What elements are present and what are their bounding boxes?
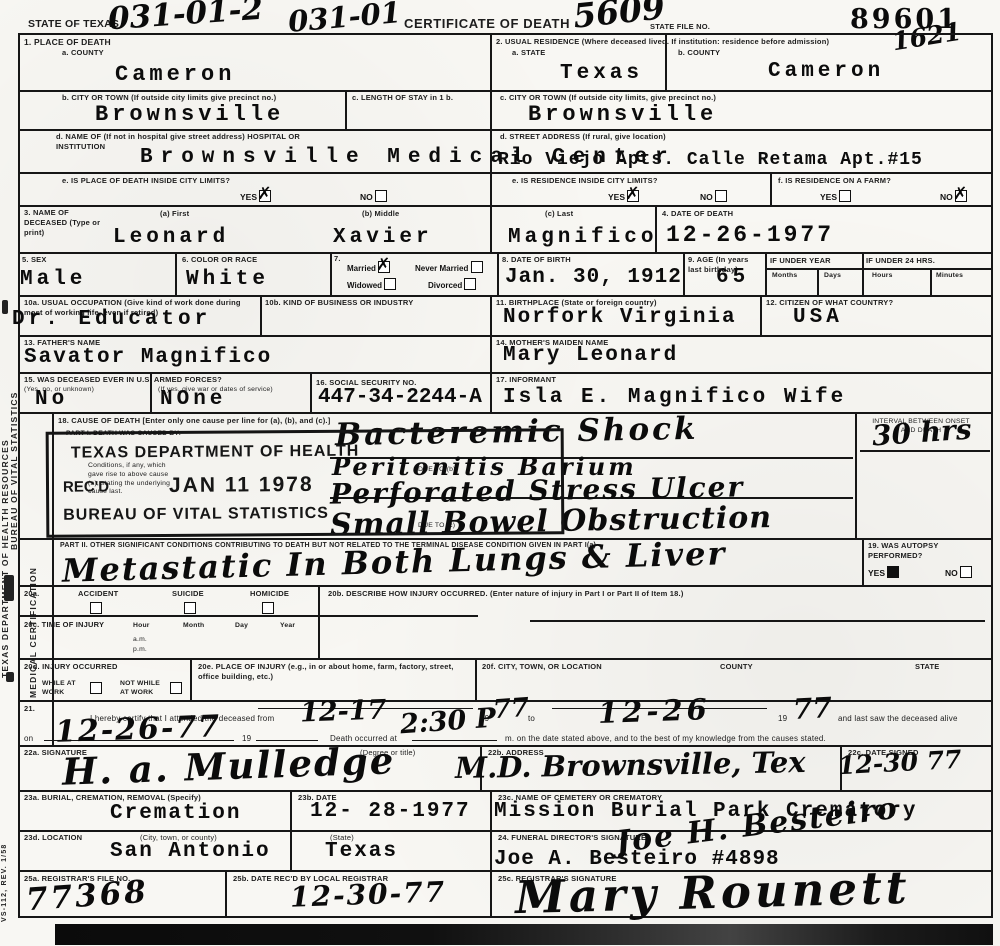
checkbox-checked (955, 190, 967, 202)
injury-city-label: 20f. CITY, TOWN, OR LOCATION (482, 662, 602, 672)
year-1-handwritten: 77 (492, 693, 530, 725)
scanned-death-certificate: STATE OF TEXAS 031-01-2 031-01 CERTIFICA… (0, 0, 1000, 946)
received-stamp: TEXAS DEPARTMENT OF HEALTH REC'D JAN 11 … (46, 428, 565, 538)
burial-date-value: 12- 28-1977 (310, 800, 471, 823)
date-recd-handwritten: 12-30-77 (289, 875, 446, 913)
age-value: 65 (716, 266, 749, 289)
marital-widowed: Widowed (347, 278, 396, 290)
place-of-injury-label: 20e. PLACE OF INJURY (e.g., in or about … (198, 662, 468, 682)
father-value: Savator Magnifico (24, 346, 272, 369)
line (330, 252, 332, 295)
line (18, 658, 993, 660)
line (345, 90, 347, 129)
line (18, 172, 993, 174)
line (18, 129, 993, 131)
middle-name-label: (b) Middle (362, 209, 399, 219)
line (318, 585, 320, 658)
line (310, 372, 312, 412)
stamp-dept-line: TEXAS DEPARTMENT OF HEALTH (71, 443, 360, 463)
line (18, 790, 993, 792)
certify-text-3: m. on the date stated above, and to the … (505, 734, 826, 744)
city-value: Brownsville (95, 102, 284, 127)
death-city-limits-label: e. IS PLACE OF DEATH INSIDE CITY LIMITS? (62, 176, 230, 186)
line (18, 372, 993, 374)
hour-label: Hour (133, 622, 150, 631)
name-of-deceased-label: 3. NAME OF DECEASED (Type or print) (24, 208, 114, 237)
sex-label: 5. SEX (22, 255, 47, 265)
line (760, 295, 762, 335)
line (683, 252, 685, 295)
residence-farm-yes: YES (820, 190, 851, 202)
day-label: Day (235, 622, 248, 631)
if-under-24-label: IF UNDER 24 HRS. (866, 256, 935, 266)
while-at-work-label: WHILE AT WORK (42, 680, 87, 698)
autopsy-no: NO (945, 566, 972, 578)
checkbox-checked (378, 261, 390, 273)
last-name-label: (c) Last (545, 209, 573, 219)
street-address-label: d. STREET ADDRESS (If rural, give locati… (500, 132, 666, 142)
months-label: Months (772, 272, 797, 281)
first-name-value: Leonard (113, 226, 229, 249)
marital-label: 7. (334, 254, 341, 264)
line (855, 412, 857, 538)
on-label: on (24, 734, 33, 744)
line (765, 268, 993, 270)
line (260, 295, 262, 335)
sex-value: Male (20, 268, 86, 291)
scan-speck (6, 672, 14, 682)
am-label: a.m. (133, 636, 147, 645)
accident-checkbox (90, 602, 102, 614)
mother-value: Mary Leonard (503, 344, 678, 367)
residence-city-value: Brownsville (528, 102, 717, 127)
residence-county-value: Cameron (768, 60, 884, 83)
physician-address-handwritten: M.D. Brownsville, Tex (455, 745, 806, 785)
state-file-no-label: STATE FILE NO. (650, 22, 710, 32)
month-label: Month (183, 622, 204, 631)
line (862, 252, 864, 295)
ssn-value: 447-34-2244-A (318, 386, 482, 409)
line (18, 335, 993, 337)
checkbox-empty (384, 278, 396, 290)
checkbox-empty (839, 190, 851, 202)
residence-city-limits-yes: YES (608, 190, 639, 202)
stamp-date: JAN 11 1978 (169, 473, 314, 498)
not-while-at-work-checkbox (170, 682, 182, 694)
days-label: Days (824, 272, 841, 281)
injury-occurred-label: 20d. INJURY OCCURRED (24, 662, 118, 672)
residence-farm-label: f. IS RESIDENCE ON A FARM? (778, 176, 891, 186)
stamp-recd-label: REC'D (63, 478, 109, 495)
certificate-title: CERTIFICATE OF DEATH (404, 16, 570, 33)
usual-residence-label: 2. USUAL RESIDENCE (Where deceased lived… (496, 37, 966, 47)
scan-speck (2, 300, 8, 314)
date-signed-handwritten: 12-30 77 (837, 745, 962, 780)
place-of-death-label: 1. PLACE OF DEATH (24, 37, 111, 48)
hours-label: Hours (872, 272, 893, 281)
line (190, 658, 192, 700)
nineteen-2: 19 (778, 714, 787, 724)
time-of-death-handwritten: 2:30 P (399, 703, 497, 741)
line (290, 790, 292, 870)
registrar-signature-handwritten: Mary Rounett (514, 861, 911, 924)
attended-from-handwritten: 12-17 (299, 695, 386, 729)
side-form-number-label: VS-112, REV. 1/58 (1, 822, 8, 922)
attended-to-handwritten: 12-26 (597, 692, 711, 730)
checkbox-empty (375, 190, 387, 202)
checkbox-empty (471, 261, 483, 273)
line (862, 538, 864, 585)
line (18, 205, 993, 207)
location-label: 23d. LOCATION (24, 833, 82, 843)
homicide-checkbox (262, 602, 274, 614)
occupation-value: Dr. Educator (12, 308, 211, 331)
street-address-value: Rio Viejo Apts. Calle Retama Apt.#15 (498, 150, 923, 170)
date-of-death-value: 12-26-1977 (666, 222, 834, 248)
line (18, 295, 993, 297)
checkbox-empty (715, 190, 727, 202)
armed-forces-value: No (35, 388, 68, 411)
to-label: to (528, 714, 535, 724)
location-city-value: San Antonio (110, 840, 271, 863)
line (530, 620, 985, 622)
checkbox-checked (627, 190, 639, 202)
first-name-label: (a) First (160, 209, 189, 219)
last-seen-date-handwritten: 12-26-77 (54, 709, 221, 750)
race-value: White (186, 268, 269, 291)
residence-city-limits-no: NO (700, 190, 727, 202)
line (765, 252, 767, 295)
marital-married: Married (347, 261, 390, 273)
residence-farm-no: NO (940, 190, 967, 202)
injury-state-label: STATE (915, 662, 939, 672)
homicide-label: HOMICIDE (250, 589, 289, 599)
line (18, 33, 993, 35)
industry-label: 10b. KIND OF BUSINESS OR INDUSTRY (265, 298, 413, 308)
line (475, 658, 477, 700)
line (175, 252, 177, 295)
location-state-value: Texas (325, 840, 398, 863)
line (490, 790, 492, 870)
line (490, 295, 492, 412)
residence-state-value: Texas (560, 62, 643, 85)
blank-line (412, 740, 497, 741)
time-of-injury-label: 20c. TIME OF INJURY (24, 620, 84, 630)
describe-injury-label: 20b. DESCRIBE HOW INJURY OCCURRED. (Ente… (328, 589, 978, 599)
county-value: Cameron (115, 62, 235, 87)
pm-label: p.m. (133, 646, 147, 655)
checkbox-filled (887, 566, 899, 578)
line (490, 33, 492, 252)
informant-value: Isla E. Magnifico Wife (503, 386, 846, 409)
certify-text-2: and last saw the deceased alive (838, 714, 958, 724)
race-label: 6. COLOR OR RACE (182, 255, 257, 265)
marital-never-married: Never Married (415, 261, 483, 273)
county-label: a. COUNTY (62, 48, 104, 58)
minutes-label: Minutes (936, 272, 963, 281)
line (18, 90, 993, 92)
not-while-at-work-label: NOT WHILE AT WORK (120, 680, 168, 698)
handwritten-district-number: 031-01-2 (107, 0, 264, 37)
stamp-bureau-line: BUREAU OF VITAL STATISTICS (63, 505, 329, 525)
middle-name-value: Xavier (333, 226, 433, 249)
while-at-work-checkbox (90, 682, 102, 694)
informant-label: 17. INFORMANT (496, 375, 556, 385)
checkbox-empty (464, 278, 476, 290)
year-2-handwritten: 77 (792, 691, 833, 726)
line (225, 870, 227, 916)
line (490, 870, 492, 916)
citizen-value: USA (793, 306, 843, 329)
line (18, 33, 20, 918)
item20a-label: 20a. (24, 589, 39, 599)
date-of-death-label: 4. DATE OF DEATH (662, 209, 733, 219)
burial-value: Cremation (110, 802, 241, 825)
line (817, 268, 819, 295)
line (18, 615, 478, 617)
checkbox-checked (259, 190, 271, 202)
scan-artifact-bar (55, 924, 993, 945)
line (770, 172, 772, 205)
autopsy-label: 19. WAS AUTOPSY PERFORMED? (868, 541, 983, 561)
item21-label: 21. (24, 704, 35, 714)
length-of-stay-label: c. LENGTH OF STAY in 1 b. (352, 93, 462, 103)
scan-speck (4, 575, 14, 601)
accident-label: ACCIDENT (78, 589, 118, 599)
armed-forces-value-2: NOne (160, 388, 226, 411)
line (18, 252, 993, 254)
armed-forces-label: 15. WAS DECEASED EVER IN U.S. ARMED FORC… (24, 375, 222, 385)
dob-value: Jan. 30, 1912 (505, 266, 682, 289)
if-under-year-label: IF UNDER YEAR (770, 256, 831, 266)
birthplace-value: Norfork Virginia (503, 306, 737, 329)
dob-label: 8. DATE OF BIRTH (502, 255, 571, 265)
marital-divorced: Divorced (428, 278, 476, 290)
state-of-texas-label: STATE OF TEXAS (28, 18, 119, 32)
death-city-limits-no: NO (360, 190, 387, 202)
registrar-file-handwritten: 77368 (25, 874, 150, 918)
line (18, 916, 993, 918)
checkbox-empty (960, 566, 972, 578)
residence-county-label: b. COUNTY (678, 48, 720, 58)
last-name-value: Magnifico (508, 226, 657, 249)
autopsy-yes: YES (868, 566, 899, 578)
line (930, 268, 932, 295)
residence-state-label: a. STATE (512, 48, 545, 58)
death-city-limits-yes: YES (240, 190, 271, 202)
interval-value-handwritten: 30 hrs (871, 413, 973, 453)
line (497, 252, 499, 295)
suicide-checkbox (184, 602, 196, 614)
suicide-label: SUICIDE (172, 589, 204, 599)
year-label: Year (280, 622, 295, 631)
injury-county-label: COUNTY (720, 662, 753, 672)
line (991, 33, 993, 918)
